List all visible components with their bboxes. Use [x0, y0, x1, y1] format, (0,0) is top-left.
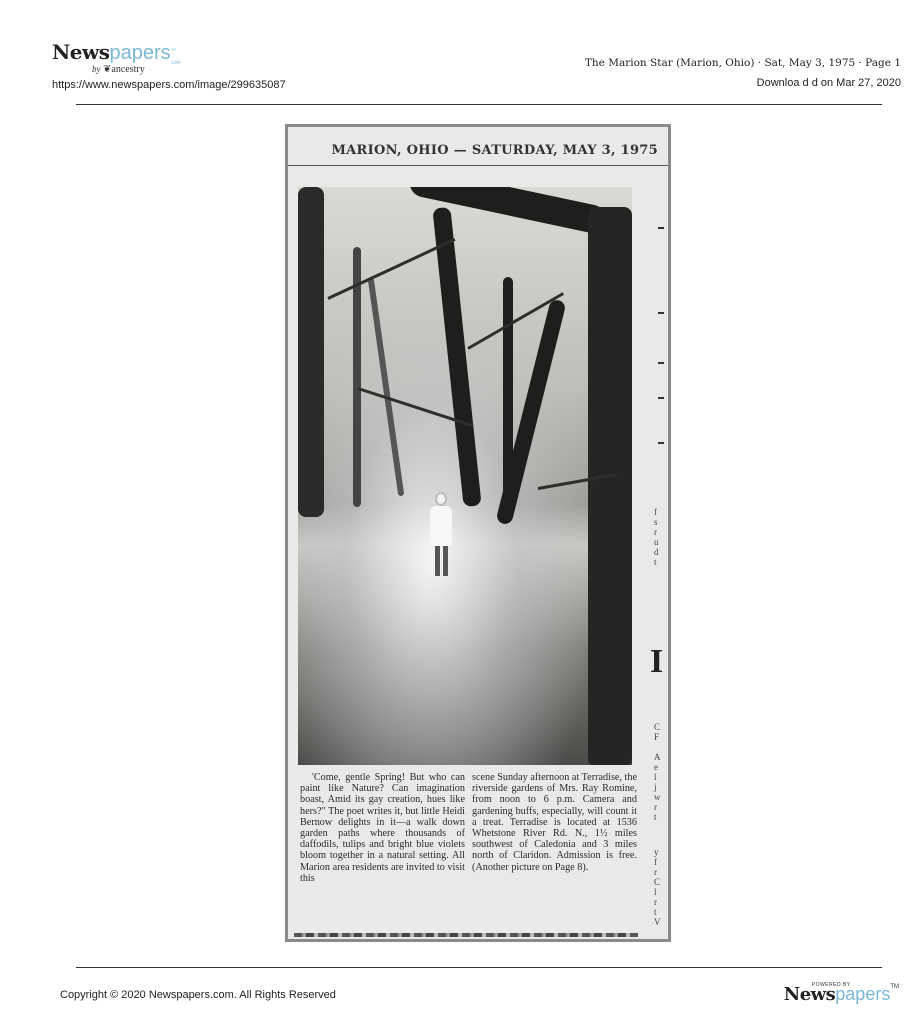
top-divider [76, 104, 882, 105]
caption-column-left: 'Come, gentle Spring! But who can paint … [300, 772, 465, 884]
downloaded-line: Downloa d d on Mar 27, 2020 [585, 77, 901, 89]
masthead-text: MARION, OHIO — SATURDAY, MAY 3, 1975 [331, 143, 658, 158]
bottom-divider [76, 967, 882, 968]
publication-info: The Marion Star (Marion, Ohio) · Sat, Ma… [585, 57, 901, 89]
girl-figure [428, 492, 454, 582]
newspapers-logo[interactable]: Newspapers™ .com by ❦ancestry [52, 42, 176, 63]
clipping-photo [298, 187, 632, 765]
newspaper-clipping: MARION, OHIO — SATURDAY, MAY 3, 1975 'Co… [285, 124, 671, 942]
image-url[interactable]: https://www.newspapers.com/image/2996350… [52, 79, 286, 91]
caption-column-right: scene Sunday afternoon at Terradise, the… [472, 772, 637, 873]
logo-wordmark: Newspapers™ [52, 42, 176, 63]
powered-by-newspapers-logo[interactable]: POWERED BY NewspapersTM [784, 984, 899, 1005]
torn-edge [294, 933, 638, 937]
copyright-notice: Copyright © 2020 Newspapers.com. All Rig… [60, 989, 336, 1001]
masthead: MARION, OHIO — SATURDAY, MAY 3, 1975 [288, 127, 668, 166]
logo-com: .com [170, 60, 181, 66]
adjacent-column-fragment: f s r u d t I C F A e l j w r t y f r C … [654, 207, 666, 937]
publication-line: The Marion Star (Marion, Ohio) · Sat, Ma… [585, 57, 901, 69]
by-ancestry: by ❦ancestry [92, 64, 145, 75]
